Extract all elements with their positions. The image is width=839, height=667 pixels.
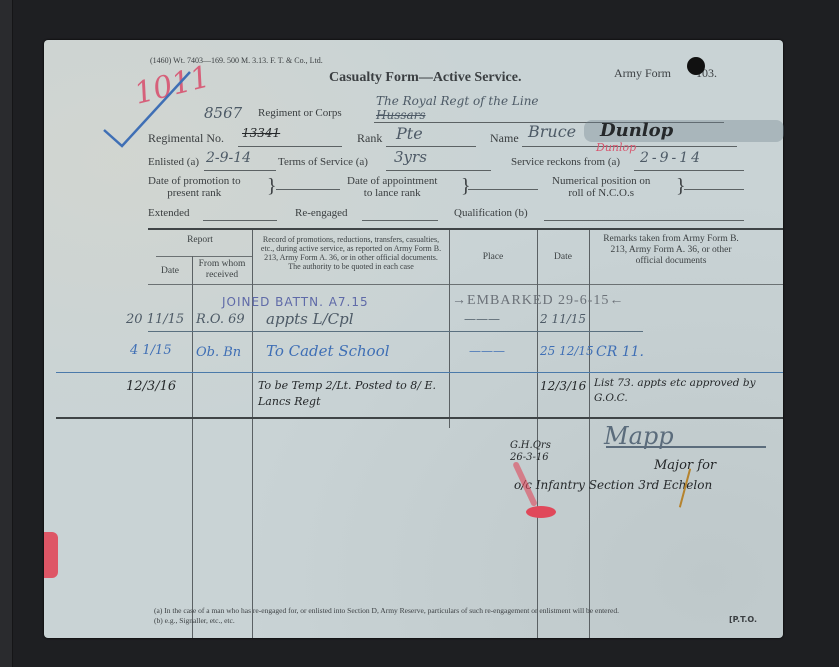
frame-edge xyxy=(0,0,13,667)
red-edge-stain xyxy=(44,532,58,578)
appointment-label-line2: to lance rank xyxy=(364,187,421,199)
name-last: Dunlop xyxy=(600,120,673,141)
terms-value: 3yrs xyxy=(394,148,427,166)
row1-date2: 2 11/15 xyxy=(540,312,586,326)
promotion-label: Date of promotion topresent rank xyxy=(148,175,241,199)
header-remarks: Remarks taken from Army Form B. 213, Arm… xyxy=(596,234,746,267)
pto-note: [P.T.O. xyxy=(729,615,757,624)
ghq-date-stamp: G.H.Qrs 26-3-16 xyxy=(510,440,560,464)
qualification-label: Qualification (b) xyxy=(454,207,528,219)
header-from-whom: From whom received xyxy=(192,259,252,281)
row2-date2: 25 12/15 xyxy=(540,344,594,358)
name-label: Name xyxy=(490,131,519,146)
row1-from: R.O. 69 xyxy=(196,312,245,327)
signature-underline xyxy=(606,446,766,448)
footnote-a: (a) In the case of a man who has re-enga… xyxy=(154,606,619,615)
row1-date: 20 11/15 xyxy=(126,312,184,327)
header-date2: Date xyxy=(537,252,589,263)
row2-from: Ob. Bn xyxy=(196,345,241,360)
regiment-struck-value: Hussars xyxy=(376,108,426,122)
joined-battalion-stamp: JOINED BATTN. A7.15 xyxy=(222,295,369,309)
enlisted-label: Enlisted (a) xyxy=(148,156,199,168)
row3-remarks: List 73. appts etc approved by G.O.C. xyxy=(594,376,784,406)
rank-label: Rank xyxy=(357,131,382,146)
row3-record: To be Temp 2/Lt. Posted to 8/ E. Lancs R… xyxy=(258,378,443,410)
name-correction: Dunlop xyxy=(596,141,636,154)
signature-title: Major for xyxy=(654,458,716,473)
reckons-value: 2-9-14 xyxy=(640,150,703,166)
table-top-rule xyxy=(148,228,783,230)
prefix-number: 8567 xyxy=(204,104,242,122)
numerical-label-line1: Numerical position on xyxy=(552,175,650,187)
row2-remarks: CR 11. xyxy=(596,344,644,360)
row2-place: ——— xyxy=(469,344,505,358)
row3-date2: 12/3/16 xyxy=(540,379,586,393)
regiment-label: Regiment or Corps xyxy=(258,107,342,119)
numerical-label-line2: roll of N.C.O.s xyxy=(568,187,634,199)
promotion-label-line2: present rank xyxy=(167,187,221,199)
rank-value: Pte xyxy=(396,124,423,143)
reengaged-label: Re-engaged xyxy=(295,207,348,219)
reckons-label: Service reckons from (a) xyxy=(511,156,620,168)
embarked-stamp: →EMBARKED 29-6-15← xyxy=(452,293,624,309)
regiment-value: The Royal Regt of the Line xyxy=(376,94,539,108)
table-bottom-rule xyxy=(56,417,783,419)
promotion-label-line1: Date of promotion to xyxy=(148,175,241,187)
regimental-no-label: Regimental No. xyxy=(148,131,224,146)
header-report: Report xyxy=(148,235,252,246)
row2-date: 4 1/15 xyxy=(130,343,172,358)
appointment-label: Date of appointmentto lance rank xyxy=(347,175,437,199)
form-title: Casualty Form—Active Service. xyxy=(329,70,521,86)
header-record: Record of promotions, reductions, transf… xyxy=(257,235,445,271)
appointment-label-line1: Date of appointment xyxy=(347,175,437,187)
punch-hole xyxy=(687,57,705,75)
terms-label: Terms of Service (a) xyxy=(278,156,368,168)
header-date: Date xyxy=(148,266,192,277)
enlisted-value: 2-9-14 xyxy=(206,150,251,166)
row3-date: 12/3/16 xyxy=(126,379,176,394)
extended-label: Extended xyxy=(148,207,190,219)
numerical-label: Numerical position onroll of N.C.O.s xyxy=(552,175,650,199)
footnote-b: (b) e.g., Signaller, etc., etc. xyxy=(154,616,235,625)
table-header-rule xyxy=(148,284,783,285)
casualty-form: (1460) Wt. 7403—169. 500 M. 3.13. F. T. … xyxy=(44,40,783,638)
regimental-no-value: 13341 xyxy=(242,126,280,140)
name-first: Bruce xyxy=(528,122,576,141)
row1-place: ——— xyxy=(464,312,500,326)
header-place: Place xyxy=(449,252,537,263)
printer-line: (1460) Wt. 7403—169. 500 M. 3.13. F. T. … xyxy=(150,56,323,65)
row1-record: appts L/Cpl xyxy=(266,310,354,328)
red-ink-blot xyxy=(526,506,556,518)
row2-record: To Cadet School xyxy=(266,342,390,360)
